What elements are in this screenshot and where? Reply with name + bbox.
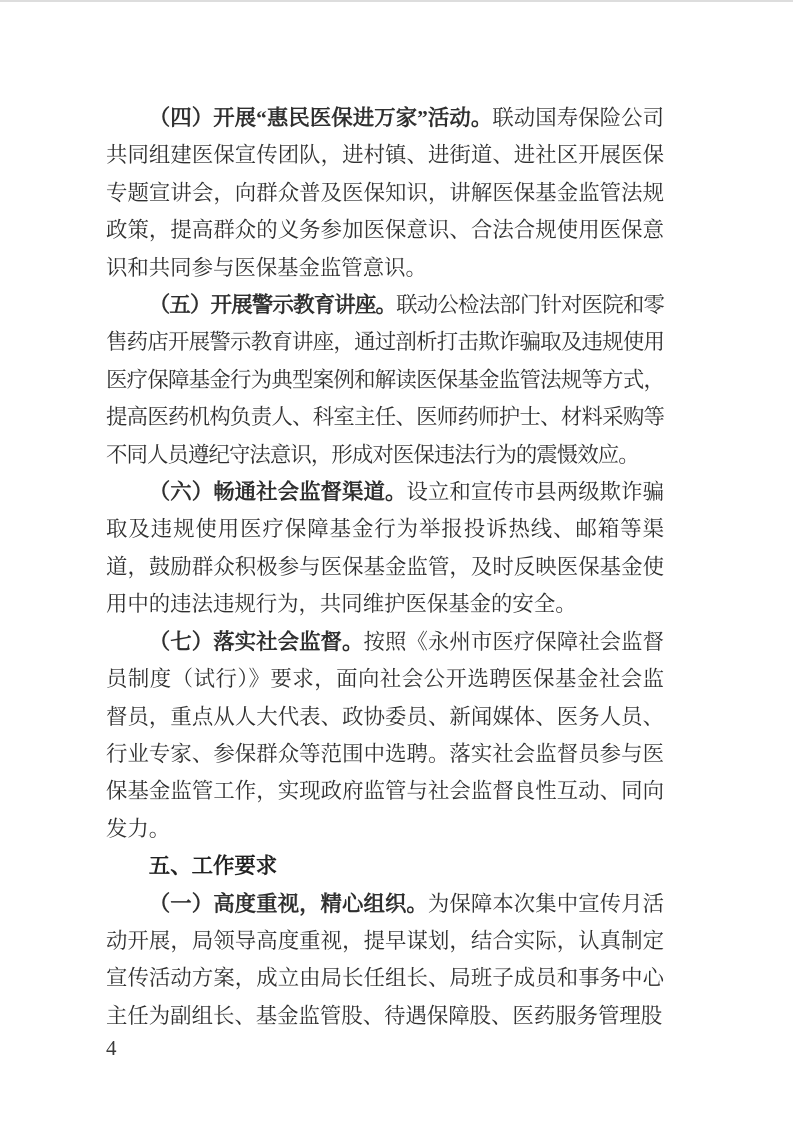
paragraph-body: 联动公检法部门针对医院和零售药店开展警示教育讲座，通过剖析打击欺诈骗取及违规使用… <box>106 293 664 467</box>
paragraph-body: 联动国寿保险公司共同组建医保宣传团队，进村镇、进街道、进社区开展医保专题宣讲会，… <box>106 106 664 280</box>
paragraph-body: 按照《永州市医疗保障社会监督员制度（试行）》要求，面向社会公开选聘医保基金社会监… <box>106 630 664 841</box>
paragraph-lead: （六）畅通社会监督渠道。 <box>149 480 407 504</box>
paragraph-seven-social-supervision: （七）落实社会监督。按照《永州市医疗保障社会监督员制度（试行）》要求，面向社会公… <box>106 624 664 848</box>
paragraph-five-warning-lectures: （五）开展警示教育讲座。联动公检法部门针对医院和零售药店开展警示教育讲座，通过剖… <box>106 287 664 474</box>
page-number: 4 <box>106 1036 117 1060</box>
paragraph-lead: （五）开展警示教育讲座。 <box>149 293 396 317</box>
document-body: （四）开展“惠民医保进万家”活动。联动国寿保险公司共同组建医保宣传团队，进村镇、… <box>106 0 664 1035</box>
paragraph-lead: （七）落实社会监督。 <box>149 630 364 654</box>
paragraph-lead: （四）开展“惠民医保进万家”活动。 <box>149 106 493 130</box>
paragraph-lead: （一）高度重视，精心组织。 <box>149 892 428 916</box>
paragraph-four-huimin-campaign: （四）开展“惠民医保进万家”活动。联动国寿保险公司共同组建医保宣传团队，进村镇、… <box>106 100 664 287</box>
paragraph-six-supervision-channels: （六）畅通社会监督渠道。设立和宣传市县两级欺诈骗取及违规使用医疗保障基金行为举报… <box>106 474 664 624</box>
paragraph-one-high-priority-organization: （一）高度重视，精心组织。为保障本次集中宣传月活动开展，局领导高度重视，提早谋划… <box>106 886 664 1036</box>
section-heading-work-requirements: 五、工作要求 <box>106 848 664 885</box>
document-page: （四）开展“惠民医保进万家”活动。联动国寿保险公司共同组建医保宣传团队，进村镇、… <box>0 0 793 1122</box>
